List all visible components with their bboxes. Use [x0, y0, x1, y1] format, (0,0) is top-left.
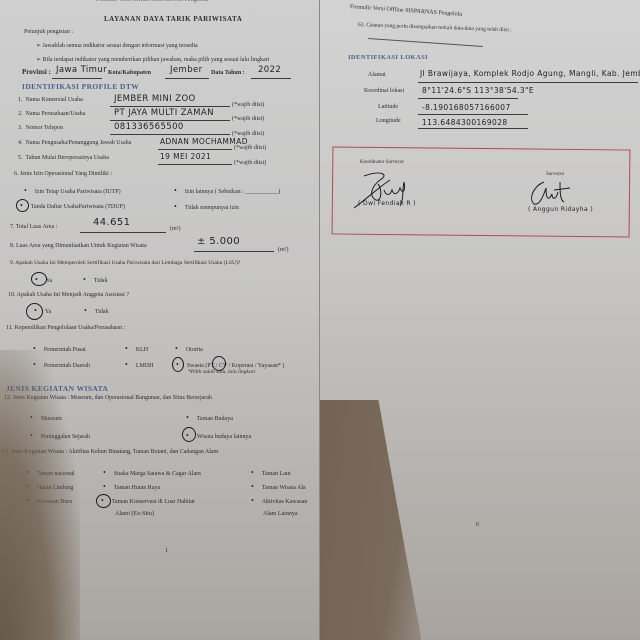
longitude-field[interactable]: 113.6484300169028 — [422, 118, 508, 127]
field-label-2: 2. Nama Perusahaan/Usaha — [18, 111, 85, 117]
field-value-start-year[interactable]: 19 MEI 2021 — [160, 152, 211, 161]
q9-label: 9. Apakah Usaha Ini Memperoleh Sertifika… — [10, 260, 240, 266]
location-section-title: IDENTIFIKASI LOKASI — [348, 54, 428, 61]
q6-label: 6. Jenis Izin Operasional Yang Dimiliki … — [14, 171, 112, 177]
required-note: (*wajib diisi) — [234, 160, 266, 166]
latitude-field[interactable]: -8.190168057166007 — [422, 103, 511, 112]
q13-option-other-nature-cont: Alam Lainnya — [263, 511, 298, 517]
q13-option-ex-situ-cont: Alami (Ex-Situ) — [115, 511, 154, 517]
page-header: Formulir Versi Offline SISPARNAS Pengelo… — [350, 4, 462, 18]
page-title: LAYANAN DAYA TARIK PARIWISATA — [104, 15, 242, 23]
form-page-6: Formulir Versi Offline SISPARNAS Pengelo… — [320, 0, 640, 640]
q11-footnote: *Pilih salah satu, lalu lingkari — [188, 369, 255, 375]
q8-used-area-field[interactable]: ± 5.000 — [197, 236, 240, 247]
surveyor-name: ( Anggun Ridayha ) — [528, 206, 593, 213]
q13-option-other-nature[interactable]: Aktivitas Kawasan — [251, 496, 307, 505]
q11-option-lmdh[interactable]: LMDH — [125, 360, 153, 369]
q9-option-yes[interactable]: Ya — [35, 275, 52, 284]
required-note: (*wajib diisi) — [232, 102, 264, 108]
q11-option-private[interactable]: Swasta (PT / CV / Koperasi / Yayasan* ) — [176, 360, 284, 369]
regency-field[interactable]: Jember — [170, 65, 203, 75]
q7-label: 7. Total Luas Area : — [10, 224, 57, 230]
q13-option-nature-tourism-park[interactable]: Taman Wisata Ala — [251, 482, 306, 491]
q6-option-other[interactable]: Izin lainnya ( Sebutkan : ___________) — [174, 186, 280, 195]
q13-option-ex-situ[interactable]: Taman Konservasi di Luar Habitat — [101, 496, 195, 505]
field-label-3: 3. Nomor Telepon — [18, 125, 63, 131]
data-year-label: Data Tahun : — [211, 70, 245, 76]
required-note: (*wajib diisi) — [234, 145, 266, 151]
q13-option-marine-park[interactable]: Taman Laut — [251, 468, 291, 477]
address-label: Alamat — [368, 72, 386, 78]
latitude-label: Latitude — [378, 104, 398, 110]
q11-option-authority[interactable]: Otorita — [175, 344, 203, 353]
q10-label: 10. Apakah Usaha Ini Menjadi Anggota Aso… — [8, 292, 129, 298]
surveyor-label: Surveyor — [546, 172, 564, 177]
longitude-label: Longitude — [376, 118, 401, 124]
field-label-1: 1. Nama Komersial Usaha — [18, 97, 83, 103]
coordinator-name: ( Dwi Fendiah R ) — [358, 200, 416, 207]
q6-option-iutp[interactable]: Izin Tetap Usaha Pariwisata (IUTP) — [24, 186, 121, 195]
province-label: Provinsi : — [22, 68, 51, 76]
coordinates-label: Koordinat lokasi — [364, 88, 404, 94]
field-label-5: 5. Tahun Mulai Beroperasinya Usaha — [18, 155, 109, 161]
field-label-4: 4. Nama Pengusaha/Penanggung Jawab Usaha — [18, 140, 131, 146]
q10-option-no[interactable]: Tidak — [84, 306, 109, 315]
surveyor-signature — [526, 178, 576, 208]
profile-section-title: IDENTIFIKASI PROFILE DTW — [22, 82, 139, 91]
page-number: 6 — [476, 522, 479, 528]
q13-option-wildlife-reserve[interactable]: Suaka Marga Satawa & Cagar Alam — [103, 468, 201, 477]
q7-unit: (m²) — [170, 226, 180, 232]
page-header-cut: Formulir Versi Offline SISPARNAS Pengelo… — [96, 0, 208, 3]
q8-unit: (m²) — [278, 247, 288, 253]
data-year-field[interactable]: 2022 — [258, 65, 281, 75]
coordinator-label: Koordinator Surveyor — [360, 160, 404, 165]
q13-option-forest-park[interactable]: Taman Hutan Raya — [103, 482, 160, 491]
field-value-commercial-name[interactable]: JEMBER MINI ZOO — [114, 94, 196, 104]
q8-label: 8. Luas Area yang Dimanfaatkan Untuk Keg… — [10, 243, 147, 249]
instruction-2: ➢ Bila terdapat indikator yang memberika… — [36, 56, 269, 63]
q10-option-yes[interactable]: Ya — [34, 306, 51, 315]
required-note: (*wajib diisi) — [232, 116, 264, 122]
q11-label: 11. Kepemilikan Pengelolaan Usaha/Perusa… — [6, 325, 125, 331]
q6-option-tdup[interactable]: Tanda Daftar UsahaPariwisata (TDUP) — [20, 201, 125, 210]
q63-label: 63. Catatan yang perlu disampaikan terka… — [358, 22, 512, 33]
form-page-1: Formulir Versi Offline SISPARNAS Pengelo… — [0, 0, 320, 640]
instruction-1: ➢ Jawablah semua indikator sesuai dengan… — [36, 42, 198, 49]
page-number: 1 — [165, 548, 168, 554]
field-value-company-name[interactable]: PT JAYA MULTI ZAMAN — [114, 108, 214, 118]
q9-option-no[interactable]: Tidak — [83, 275, 108, 284]
q7-total-area-field[interactable]: 44.651 — [93, 217, 130, 228]
q12-option-other-culture[interactable]: Wisata budaya lainnya — [186, 431, 251, 440]
field-value-phone[interactable]: 081336565500 — [114, 122, 184, 132]
regency-label: Kota/Kabupaten — [108, 70, 151, 76]
q12-option-cultural-park[interactable]: Taman Budaya — [186, 413, 233, 422]
address-field[interactable]: Jl Brawijaya, Komplek Rodjo Agung, Mangl… — [420, 69, 640, 78]
q11-option-klh[interactable]: KLH — [125, 344, 148, 353]
q6-option-none[interactable]: Tidak mempunyai izin — [174, 202, 239, 211]
province-field[interactable]: Jawa Timur — [56, 65, 107, 75]
instructions-label: Petunjuk pengisian : — [24, 29, 73, 35]
coordinates-field[interactable]: 8°11'24.6"S 113°38'54.3"E — [422, 86, 534, 95]
